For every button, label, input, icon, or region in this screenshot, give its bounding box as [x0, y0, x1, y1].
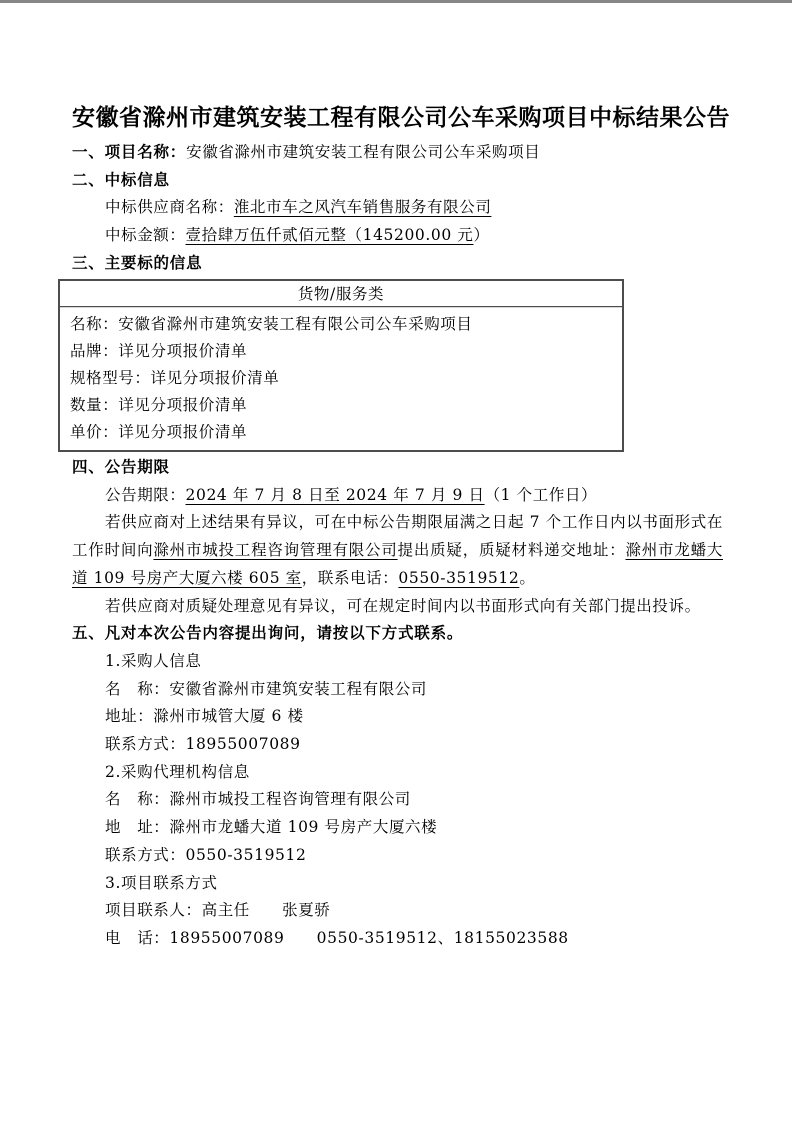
section-1-project-name: 一、项目名称：安徽省滁州市建筑安装工程有限公司公车采购项目 [72, 139, 723, 167]
period-label: 公告期限： [105, 486, 186, 504]
document-page: 安徽省滁州市建筑安装工程有限公司公车采购项目中标结果公告 一、项目名称：安徽省滁… [0, 0, 792, 1125]
amount-suffix: ） [473, 226, 489, 244]
amount-label: 中标金额： [105, 226, 186, 244]
document-body: 一、项目名称：安徽省滁州市建筑安装工程有限公司公车采购项目 二、中标信息 中标供… [72, 139, 723, 953]
agency-info-heading: 2.采购代理机构信息 [72, 759, 723, 787]
project-name-value: 安徽省滁州市建筑安装工程有限公司公车采购项目 [186, 143, 540, 161]
purchaser-address-line: 地址：滁州市城管大厦 6 楼 [72, 703, 723, 731]
section-5-heading: 五、凡对本次公告内容提出询问，请按以下方式联系。 [72, 620, 723, 648]
agency-name-line: 名 称：滁州市城投工程咨询管理有限公司 [72, 786, 723, 814]
main-bid-info-table: 货物/服务类 名称：安徽省滁州市建筑安装工程有限公司公车采购项目 品牌：详见分项… [58, 279, 624, 453]
table-row: 规格型号：详见分项报价清单 [59, 365, 623, 392]
supplier-value: 淮北市车之风汽车销售服务有限公司 [234, 198, 492, 216]
objection-text-2: 提出质疑，质疑材料递交地址： [398, 541, 626, 559]
purchaser-contact-line: 联系方式：18955007089 [72, 731, 723, 759]
winning-amount-line: 中标金额：壹拾肆万伍仟贰佰元整（145200.00 元） [72, 222, 723, 250]
table-row: 名称：安徽省滁州市建筑安装工程有限公司公车采购项目 [59, 307, 623, 339]
table-row: 品牌：详见分项报价清单 [59, 338, 623, 365]
amount-value: 壹拾肆万伍仟贰佰元整（145200.00 元 [186, 226, 474, 244]
purchaser-name-line: 名 称：安徽省滁州市建筑安装工程有限公司 [72, 676, 723, 704]
table-header-cell: 货物/服务类 [59, 280, 623, 307]
table-cell-brand: 品牌：详见分项报价清单 [59, 338, 623, 365]
table-cell-quantity: 数量：详见分项报价清单 [59, 392, 623, 419]
section-2-heading: 二、中标信息 [72, 167, 723, 195]
table-row: 单价：详见分项报价清单 [59, 419, 623, 451]
table-header-row: 货物/服务类 [59, 280, 623, 307]
objection-text-4: 。 [519, 569, 535, 587]
viewer-top-edge [0, 0, 792, 3]
announcement-document: 安徽省滁州市建筑安装工程有限公司公车采购项目中标结果公告 一、项目名称：安徽省滁… [0, 0, 792, 953]
supplier-label: 中标供应商名称： [105, 198, 234, 216]
section-3-heading: 三、主要标的信息 [72, 250, 723, 278]
winning-supplier-line: 中标供应商名称：淮北市车之风汽车销售服务有限公司 [72, 194, 723, 222]
project-contact-phone-line: 电 话：18955007089 0550-3519512、18155023588 [72, 925, 723, 953]
project-contact-person-line: 项目联系人：高主任 张夏骄 [72, 897, 723, 925]
table-cell-spec: 规格型号：详见分项报价清单 [59, 365, 623, 392]
purchaser-info-heading: 1.采购人信息 [72, 648, 723, 676]
section-1-label: 一、项目名称： [72, 143, 186, 161]
table-cell-name: 名称：安徽省滁州市建筑安装工程有限公司公车采购项目 [59, 307, 623, 339]
agency-address-line: 地 址：滁州市龙蟠大道 109 号房产大厦六楼 [72, 814, 723, 842]
objection-text-3: ，联系电话： [302, 569, 399, 587]
period-value: 2024 年 7 月 8 日至 2024 年 7 月 9 日 [186, 486, 485, 504]
section-4-heading: 四、公告期限 [72, 454, 723, 482]
table-cell-unit-price: 单价：详见分项报价清单 [59, 419, 623, 451]
agency-name-underlined: 滁州市城投工程咨询管理有限公司 [153, 541, 397, 559]
agency-contact-line: 联系方式：0550-3519512 [72, 842, 723, 870]
table-row: 数量：详见分项报价清单 [59, 392, 623, 419]
project-contact-heading: 3.项目联系方式 [72, 870, 723, 898]
document-title: 安徽省滁州市建筑安装工程有限公司公车采购项目中标结果公告 [72, 103, 723, 133]
period-suffix: （1 个工作日） [485, 486, 598, 504]
complaint-line: 若供应商对质疑处理意见有异议，可在规定时间内以书面形式向有关部门提出投诉。 [72, 593, 723, 621]
objection-paragraph: 若供应商对上述结果有异议，可在中标公告期限届满之日起 7 个工作日内以书面形式在… [72, 509, 723, 592]
announcement-period-line: 公告期限：2024 年 7 月 8 日至 2024 年 7 月 9 日（1 个工… [72, 482, 723, 510]
phone-underlined: 0550-3519512 [398, 569, 519, 587]
